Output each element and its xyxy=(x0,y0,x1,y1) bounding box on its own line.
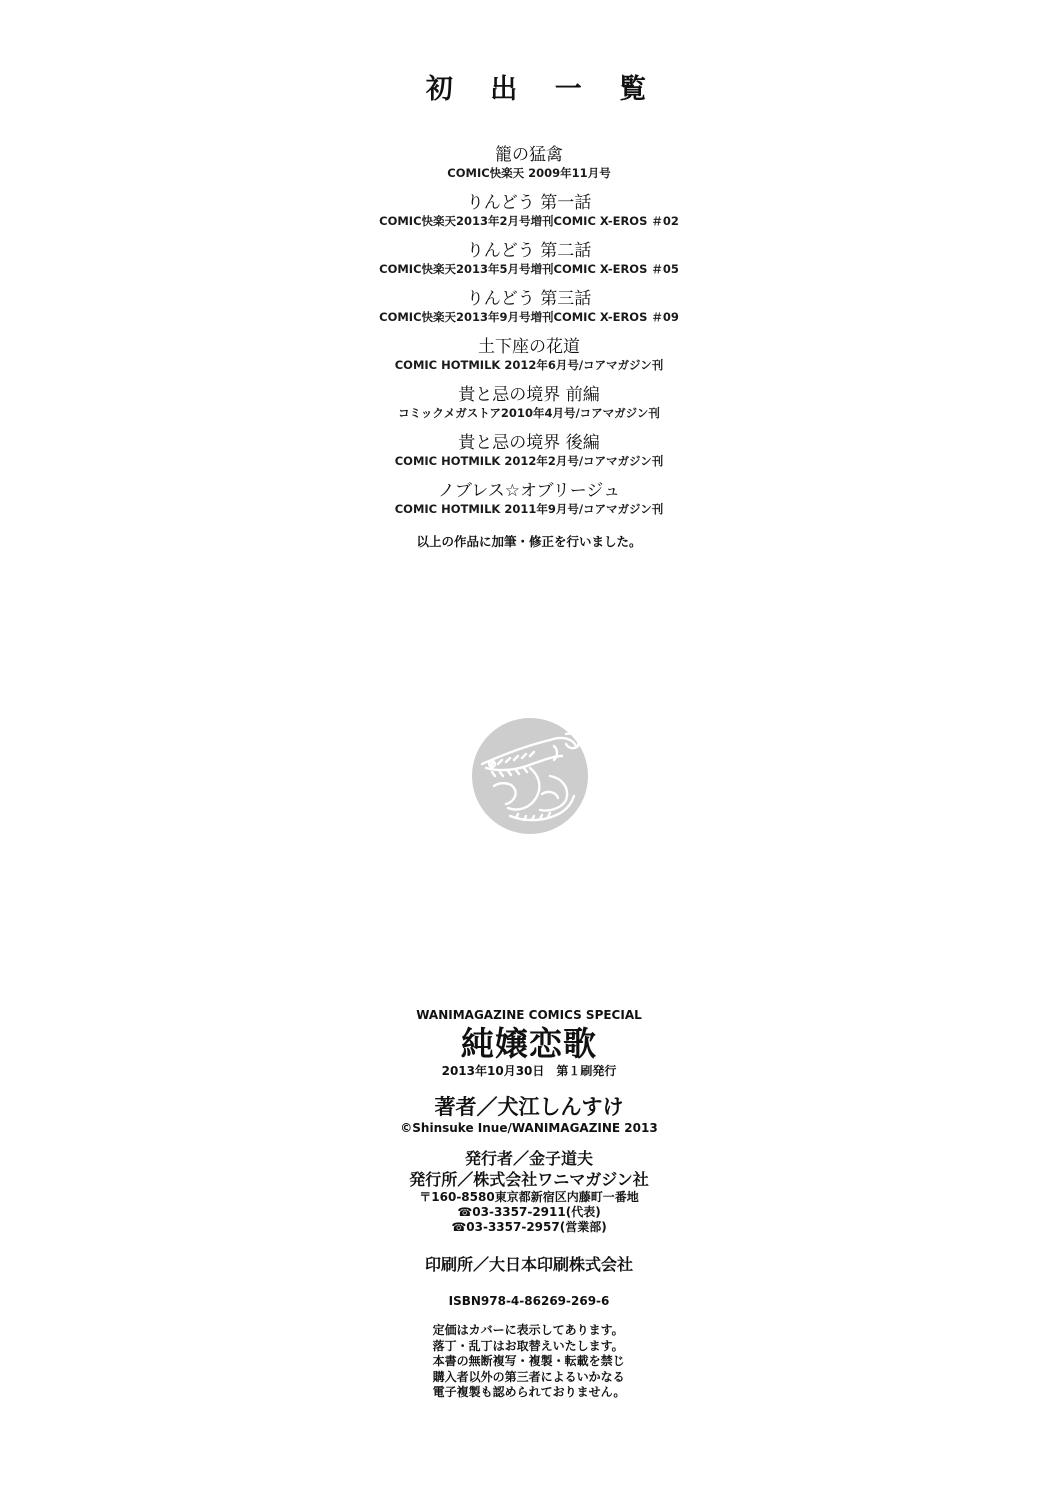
page-heading: 初 出 一 覧 xyxy=(0,72,1058,108)
credit-source: COMIC快楽天 2009年11月号 xyxy=(0,166,1058,180)
revision-note: 以上の作品に加筆・修正を行いました。 xyxy=(0,533,1058,551)
copyright: ©Shinsuke Inue/WANIMAGAZINE 2013 xyxy=(0,1121,1058,1136)
credit-item: 貴と忌の境界 後編 COMIC HOTMILK 2012年2月号/コアマガジン刊 xyxy=(0,432,1058,480)
series-name: WANIMAGAZINE COMICS SPECIAL xyxy=(0,1006,1058,1024)
credit-item: ノブレス☆オブリージュ COMIC HOTMILK 2011年9月号/コアマガジ… xyxy=(0,480,1058,528)
credit-item: りんどう 第二話 COMIC快楽天2013年5月号増刊COMIC X-EROS … xyxy=(0,240,1058,288)
publication-date: 2013年10月30日 第１刷発行 xyxy=(0,1064,1058,1079)
credit-source: COMIC HOTMILK 2012年6月号/コアマガジン刊 xyxy=(0,358,1058,372)
credit-item: りんどう 第三話 COMIC快楽天2013年9月号増刊COMIC X-EROS … xyxy=(0,288,1058,336)
colophon: WANIMAGAZINE COMICS SPECIAL 純嬢恋歌 2013年10… xyxy=(0,1006,1058,1401)
isbn: ISBN978-4-86269-269-6 xyxy=(0,1293,1058,1309)
credit-item: りんどう 第一話 COMIC快楽天2013年2月号増刊COMIC X-EROS … xyxy=(0,192,1058,240)
first-appearance-list: 籠の猛禽 COMIC快楽天 2009年11月号 りんどう 第一話 COMIC快楽… xyxy=(0,144,1058,528)
printer: 印刷所／大日本印刷株式会社 xyxy=(0,1254,1058,1276)
address: 〒160-8580東京都新宿区内藤町一番地 xyxy=(0,1190,1058,1205)
issuer: 発行者／金子道夫 xyxy=(0,1148,1058,1169)
credit-title: りんどう 第一話 xyxy=(0,192,1058,214)
notice-line: 購入者以外の第三者によるいかなる xyxy=(433,1370,626,1386)
author: 著者／犬江しんすけ xyxy=(0,1094,1058,1121)
notice-line: 本書の無断複写・複製・転載を禁じ xyxy=(433,1354,626,1370)
credit-title: りんどう 第三話 xyxy=(0,288,1058,310)
credit-title: りんどう 第二話 xyxy=(0,240,1058,262)
notice-line: 定価はカバーに表示してあります。 xyxy=(433,1323,626,1339)
credit-title: 土下座の花道 xyxy=(0,336,1058,358)
credit-source: COMIC快楽天2013年5月号増刊COMIC X-EROS ＃05 xyxy=(0,262,1058,276)
legal-notice: 定価はカバーに表示してあります。 落丁・乱丁はお取替えいたします。 本書の無断複… xyxy=(433,1323,626,1401)
notice-line: 落丁・乱丁はお取替えいたします。 xyxy=(433,1339,626,1355)
credit-title: ノブレス☆オブリージュ xyxy=(0,480,1058,502)
credit-item: 籠の猛禽 COMIC快楽天 2009年11月号 xyxy=(0,144,1058,192)
credit-source: COMIC HOTMILK 2012年2月号/コアマガジン刊 xyxy=(0,454,1058,468)
credit-title: 籠の猛禽 xyxy=(0,144,1058,166)
credit-source: COMIC快楽天2013年2月号増刊COMIC X-EROS ＃02 xyxy=(0,214,1058,228)
credit-source: COMIC快楽天2013年9月号増刊COMIC X-EROS ＃09 xyxy=(0,310,1058,324)
credit-title: 貴と忌の境界 前編 xyxy=(0,384,1058,406)
credit-source: COMIC HOTMILK 2011年9月号/コアマガジン刊 xyxy=(0,502,1058,516)
notice-line: 電子複製も認められておりません。 xyxy=(433,1385,626,1401)
publisher-block: 発行者／金子道夫 発行所／株式会社ワニマガジン社 〒160-8580東京都新宿区… xyxy=(0,1148,1058,1235)
phone-main: ☎03-3357-2911(代表) xyxy=(0,1205,1058,1220)
publisher: 発行所／株式会社ワニマガジン社 xyxy=(0,1169,1058,1190)
colophon-page: 初 出 一 覧 籠の猛禽 COMIC快楽天 2009年11月号 りんどう 第一話… xyxy=(0,0,1058,1500)
credit-source: コミックメガストア2010年4月号/コアマガジン刊 xyxy=(0,406,1058,420)
credit-item: 貴と忌の境界 前編 コミックメガストア2010年4月号/コアマガジン刊 xyxy=(0,384,1058,432)
book-title: 純嬢恋歌 xyxy=(0,1024,1058,1064)
credit-item: 土下座の花道 COMIC HOTMILK 2012年6月号/コアマガジン刊 xyxy=(0,336,1058,384)
crocodile-emblem-icon xyxy=(470,716,590,836)
credit-title: 貴と忌の境界 後編 xyxy=(0,432,1058,454)
phone-sales: ☎03-3357-2957(営業部) xyxy=(0,1220,1058,1235)
